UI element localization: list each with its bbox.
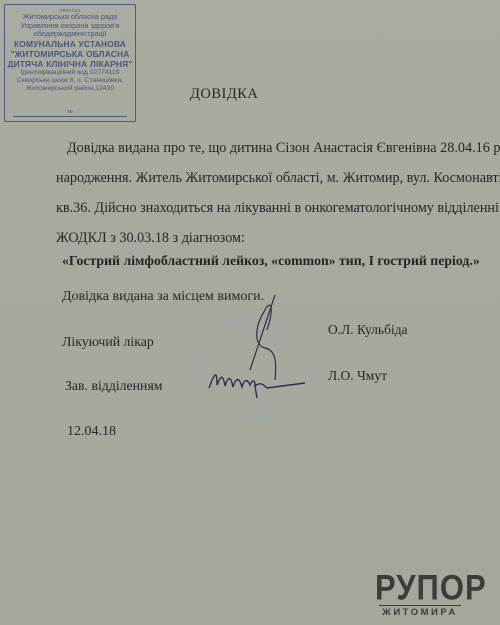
watermark-title: РУПОР — [375, 571, 487, 606]
signature-icon — [195, 290, 335, 410]
stamp-institution-name: КОМУНАЛЬНА УСТАНОВА — [5, 39, 135, 49]
stamp-detail: Житомирський район,12430 — [5, 85, 135, 93]
signature-name-doctor: О.Л. Кульбіда — [328, 322, 408, 338]
stamp-number-field: № — [13, 109, 127, 117]
signature-role-head: Зав. відділенням — [65, 378, 163, 394]
stamp-institution-name: ДИТЯЧА КЛІНІЧНА ЛІКАРНЯ" — [5, 59, 135, 69]
stamp-line: облдержадміністрації — [5, 30, 135, 39]
signature-role-doctor: Лікуючий лікар — [62, 334, 154, 350]
watermark-subtitle: ЖИТОМИРА — [375, 607, 465, 618]
body-line: ЖОДКЛ з 30.03.18 з діагнозом: — [56, 223, 474, 253]
institution-stamp: УКРАЇНА Житомирська обласна рада Управлі… — [4, 4, 136, 122]
signature-name-head: Л.О. Чмут — [328, 368, 387, 384]
document-date: 12.04.18 — [67, 424, 116, 440]
stamp-detail: Ідентифікаційний код 02774119 — [5, 69, 135, 77]
watermark-logo: РУПОР ЖИТОМИРА — [375, 573, 465, 618]
stamp-institution-name: "ЖИТОМИРСЬКА ОБЛАСНА — [5, 49, 135, 59]
body-line: народження. Житель Житомирської області,… — [56, 163, 474, 193]
stamp-detail: Сквирське шосе 6, с. Станишівка, — [5, 77, 135, 85]
certificate-body: Довідка видана про те, що дитина Сізон А… — [56, 133, 474, 253]
diagnosis: «Гострий лімфобластний лейкоз, «common» … — [62, 253, 480, 269]
body-line: кв.36. Дійсно знаходиться на лікуванні в… — [56, 193, 474, 223]
body-line: Довідка видана про те, що дитина Сізон А… — [56, 133, 474, 163]
document-title: ДОВІДКА — [190, 86, 258, 103]
